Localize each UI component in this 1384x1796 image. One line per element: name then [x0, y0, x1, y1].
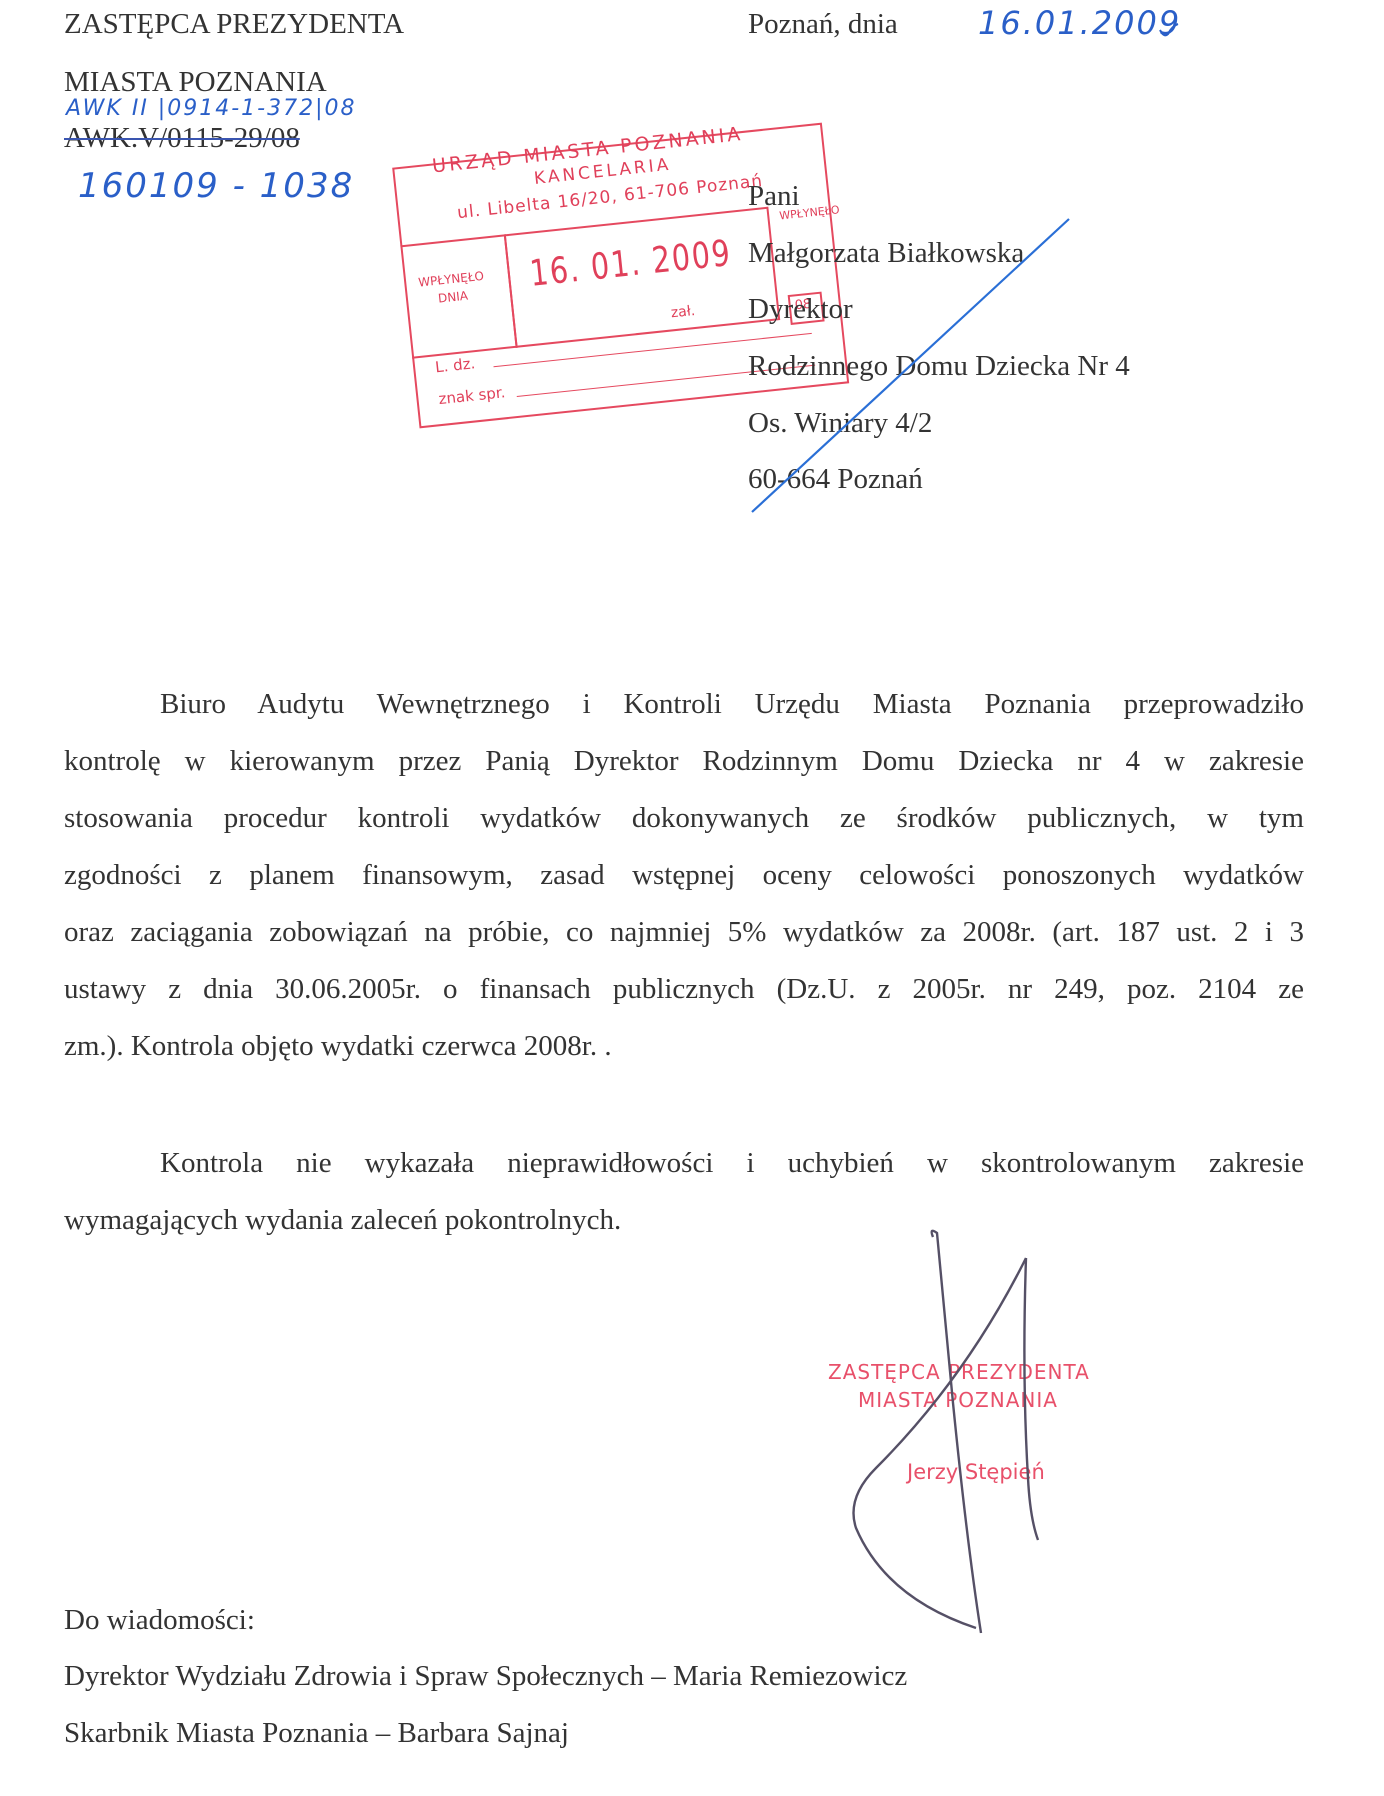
recipient-name: Małgorzata Białkowska	[748, 237, 1024, 270]
signature-loop-icon	[854, 1258, 1027, 1628]
recipient-street: Os. Winiary 4/2	[748, 407, 932, 440]
sender-title-line1: ZASTĘPCA PREZYDENTA	[64, 8, 404, 41]
handwritten-reference: AWK II |0914-1-372|08	[66, 96, 356, 121]
paragraph-line: zm.). Kontrola objęto wydatki czerwca 20…	[64, 1018, 1304, 1075]
paragraph-line: stosowania procedur kontroli wydatków do…	[64, 790, 1304, 847]
body-paragraph-1: Biuro Audytu Wewnętrznego i Kontroli Urz…	[64, 676, 1304, 1075]
signature-stamp-name: Jerzy Stępień	[907, 1460, 1045, 1484]
handwritten-date: 16.01.2009	[978, 4, 1181, 42]
place-date-label: Poznań, dnia	[748, 8, 898, 41]
recipient-city: 60-664 Poznań	[748, 463, 923, 496]
handwritten-registry-number: 160109 - 1038	[78, 166, 354, 206]
crossed-out-reference: AWK.V/0115-29/08	[64, 122, 300, 155]
stamp-attachments-label: zał.	[670, 303, 696, 321]
body-paragraph-2: Kontrola nie wykazała nieprawidłowości i…	[64, 1135, 1304, 1249]
recipient-position: Dyrektor	[748, 293, 853, 326]
paragraph-line: Kontrola nie wykazała nieprawidłowości i…	[64, 1135, 1304, 1192]
signature-stamp-title-line2: MIASTA POZNANIA	[858, 1388, 1058, 1412]
recipient-institution: Rodzinnego Domu Dziecka Nr 4	[748, 350, 1130, 383]
distribution-heading: Do wiadomości:	[64, 1604, 255, 1637]
sender-title-line2: MIASTA POZNANIA	[64, 66, 327, 99]
paragraph-line: ustawy z dnia 30.06.2005r. o finansach p…	[64, 961, 1304, 1018]
distribution-item: Dyrektor Wydziału Zdrowia i Spraw Społec…	[64, 1660, 907, 1693]
paragraph-line: wymagających wydania zaleceń pokontrolny…	[64, 1192, 1304, 1249]
signature-stamp-title-line1: ZASTĘPCA PREZYDENTA	[828, 1360, 1090, 1384]
distribution-item: Skarbnik Miasta Poznania – Barbara Sajna…	[64, 1717, 569, 1750]
paragraph-line: Biuro Audytu Wewnętrznego i Kontroli Urz…	[64, 676, 1304, 733]
paragraph-line: kontrolę w kierowanym przez Panią Dyrekt…	[64, 733, 1304, 790]
signature-stroke-icon	[932, 1231, 981, 1633]
paragraph-line: zgodności z planem finansowym, zasad wst…	[64, 847, 1304, 904]
paragraph-line: oraz zaciągania zobowiązań na próbie, co…	[64, 904, 1304, 961]
recipient-salutation: Pani	[748, 180, 800, 213]
